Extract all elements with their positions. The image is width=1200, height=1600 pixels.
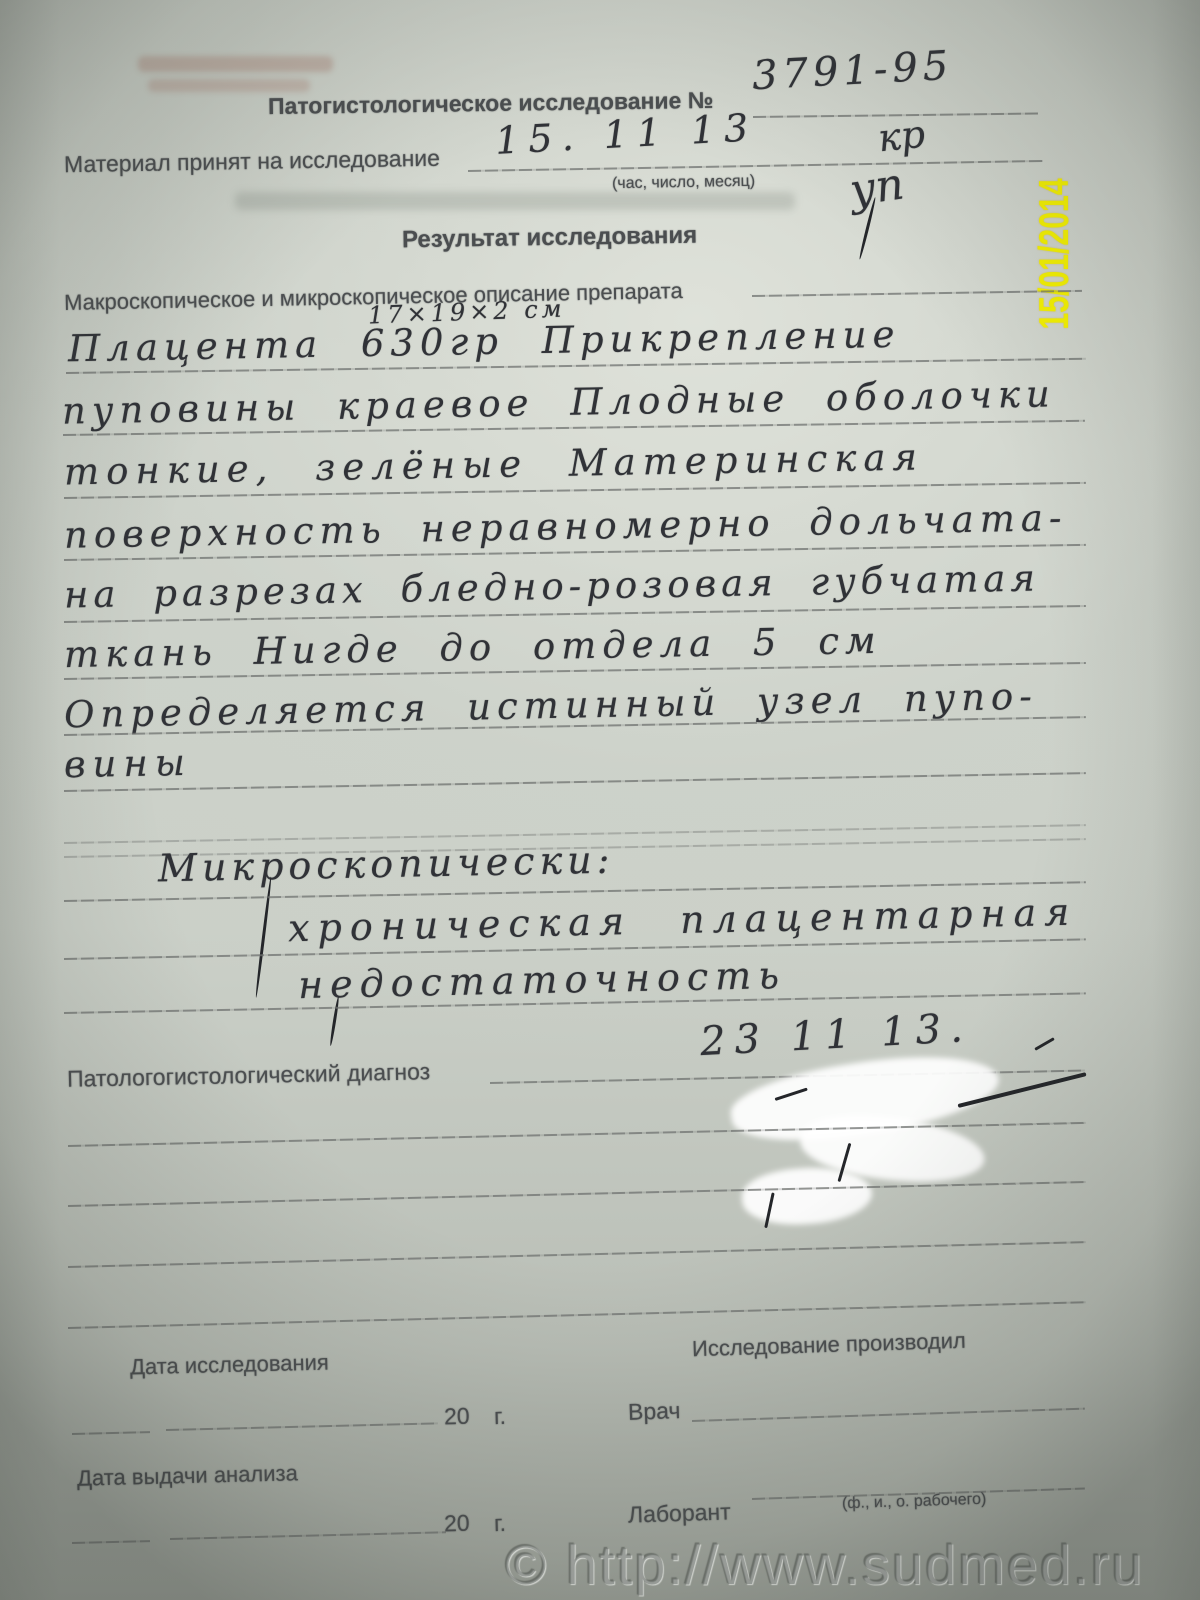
pen-flourish-micro — [255, 876, 273, 997]
year-prefix-2: 20 — [444, 1510, 470, 1538]
footer-short-line — [72, 1540, 150, 1544]
ruled-line — [68, 1181, 1086, 1207]
footer-date-line — [170, 1531, 446, 1540]
description-line-3: тонкие, зелёные Материнская — [64, 435, 925, 493]
document-photo: Патогистологическое исследование № 3791-… — [0, 0, 1200, 1600]
watermark: © http://www.sudmed.ru — [505, 1532, 1144, 1597]
performed-by-label: Исследование производил — [692, 1328, 967, 1363]
microscopy-heading: Микроскопически: — [158, 838, 615, 891]
lab-assistant-label: Лаборант — [628, 1498, 731, 1528]
pen-remnant — [1034, 1037, 1055, 1051]
doctor-line — [692, 1408, 1085, 1422]
material-underline — [468, 160, 1043, 172]
material-label: Материал принят на исследование — [64, 145, 440, 179]
year-suffix: г. — [494, 1403, 507, 1430]
research-date-label: Дата исследования — [130, 1350, 329, 1381]
bleedthrough-red-top-2 — [148, 79, 310, 92]
diagnosis-label: Патологогистологический диагноз — [67, 1058, 431, 1093]
ruled-line — [68, 1301, 1086, 1329]
description-line-8: вины — [64, 741, 193, 786]
footer-date-line — [166, 1422, 438, 1431]
footer-short-line — [72, 1431, 150, 1435]
case-number-handwritten: 3791-95 — [751, 43, 954, 99]
exam-date-handwritten: 23 11 13. — [699, 1005, 973, 1065]
material-mark-bottom: уп — [847, 158, 907, 216]
bleedthrough-red-top — [138, 56, 333, 72]
ruled-line — [64, 772, 1086, 792]
result-heading: Результат исследования — [402, 222, 698, 255]
ruled-line — [68, 1241, 1086, 1268]
doctor-label: Врач — [628, 1397, 681, 1426]
year-prefix: 20 — [444, 1403, 470, 1431]
issue-date-label: Дата выдачи анализа — [77, 1460, 298, 1491]
lab-hint: (ф., и., о. рабочего) — [842, 1491, 987, 1514]
camera-timestamp: 15/01/2014 — [1030, 171, 1076, 337]
bleedthrough-gray-band — [235, 192, 795, 210]
material-hint: (час, число, месяц) — [612, 173, 755, 193]
material-mark-top: кр — [876, 112, 927, 161]
